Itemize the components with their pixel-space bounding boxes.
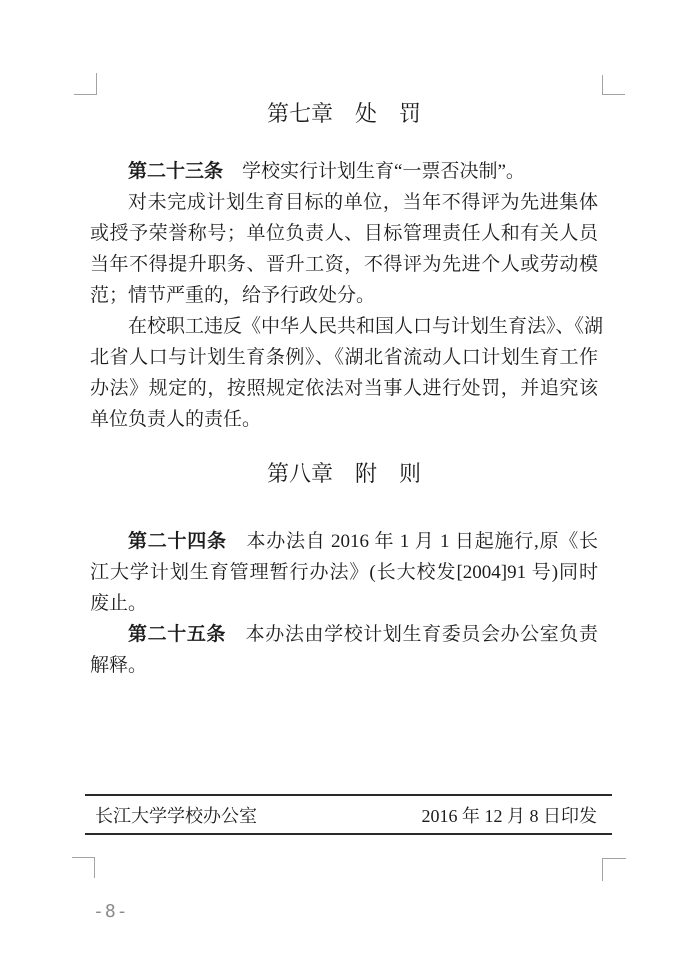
corner-mark-bottom-right: [602, 858, 626, 881]
document-body: 第七章 处 罚 第二十三条 学校实行计划生育“一票否决制”。 对未完成计划生育目…: [90, 0, 598, 681]
article-24-text: 本办法自 2016 年 1 月 1 日起施行,原《长: [227, 531, 598, 552]
document-colophon: 长江大学学校办公室 2016 年 12 月 8 日印发: [85, 794, 612, 835]
body-line: 办法》规定的，按照规定依法对当事人进行处罚，并追究该: [90, 373, 598, 404]
article-25-label: 第二十五条: [128, 624, 226, 645]
article-25-text: 本办法由学校计划生育委员会办公室负责: [226, 624, 598, 645]
article-23-line: 第二十三条 学校实行计划生育“一票否决制”。: [90, 156, 598, 187]
chapter-7-heading: 第七章 处 罚: [90, 99, 598, 129]
body-line: 江大学计划生育管理暂行办法》(长大校发[2004]91 号)同时: [90, 557, 598, 588]
page-number: -8-: [93, 901, 129, 923]
body-line: 解释。: [90, 650, 598, 681]
article-24-label: 第二十四条: [128, 531, 227, 552]
body-line: 范；情节严重的，给予行政处分。: [90, 280, 598, 311]
article-24-line: 第二十四条 本办法自 2016 年 1 月 1 日起施行,原《长: [90, 526, 598, 557]
issuing-office: 长江大学学校办公室: [95, 802, 257, 828]
corner-mark-bottom-left: [72, 857, 95, 878]
body-line: 或授予荣誉称号；单位负责人、目标管理责任人和有关人员: [90, 218, 598, 249]
body-line: 在校职工违反《中华人民共和国人口与计划生育法》、《湖: [90, 311, 598, 342]
document-page: 第七章 处 罚 第二十三条 学校实行计划生育“一票否决制”。 对未完成计划生育目…: [0, 0, 698, 959]
body-line: 单位负责人的责任。: [90, 404, 598, 435]
body-line: 当年不得提升职务、晋升工资，不得评为先进个人或劳动模: [90, 249, 598, 280]
corner-mark-top-right: [602, 75, 625, 95]
body-line: 对未完成计划生育目标的单位，当年不得评为先进集体: [90, 187, 598, 218]
article-25-line: 第二十五条 本办法由学校计划生育委员会办公室负责: [90, 619, 598, 650]
body-line: 废止。: [90, 588, 598, 619]
chapter-8-heading: 第八章 附 则: [90, 459, 598, 489]
body-line: 北省人口与计划生育条例》、《湖北省流动人口计划生育工作: [90, 342, 598, 373]
article-23-text: 学校实行计划生育“一票否决制”。: [223, 161, 525, 182]
print-date: 2016 年 12 月 8 日印发: [422, 802, 598, 828]
article-23-label: 第二十三条: [128, 161, 223, 182]
